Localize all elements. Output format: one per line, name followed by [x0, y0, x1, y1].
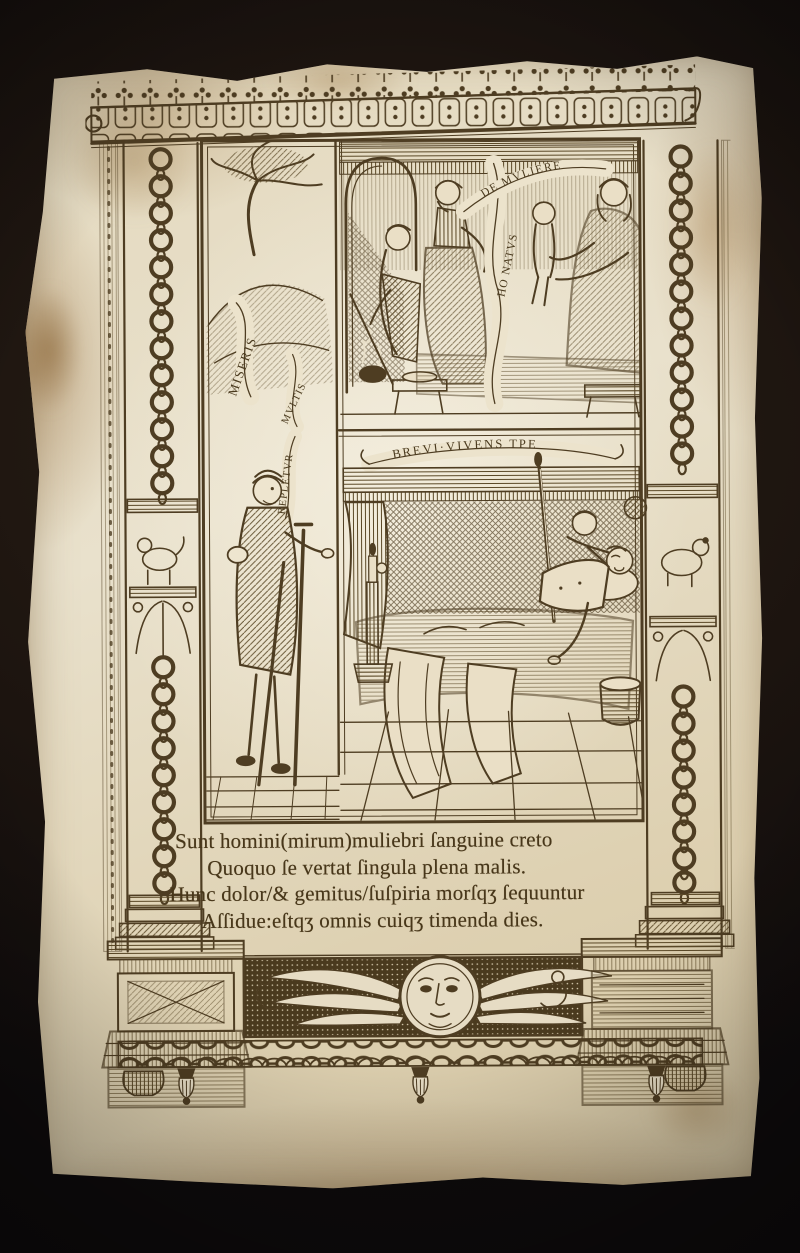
canopy-fringe	[343, 491, 639, 502]
woodcut-engraving: MISERIS MVLTIS REPLETVR	[85, 60, 735, 1113]
latin-verse: Sunt homini(mirum)muliebri ſanguine cret…	[169, 825, 710, 934]
left-chain-guilloche	[151, 149, 175, 904]
beggar-panel: MISERIS MVLTIS REPLETVR	[203, 140, 339, 820]
verse-line: Sunt homini(mirum)muliebri ſanguine cret…	[175, 825, 709, 854]
photo-background: MISERIS MVLTIS REPLETVR	[0, 0, 800, 1253]
verse-line: Hunc dolor/& gemitus/ſuſpiria morſqʒ ſeq…	[169, 878, 709, 907]
paper-stain	[16, 286, 83, 414]
left-capital-monkey	[127, 499, 197, 584]
beggar-figure	[227, 470, 335, 785]
rocky-hill	[206, 283, 333, 395]
verse-line: Aſſidue:eſtqʒ omnis cuiqʒ timenda dies.	[201, 905, 709, 934]
top-cornice	[85, 64, 700, 147]
panel-divider-horizontal	[339, 429, 641, 431]
birth-panel: DE MVLIERE HO NATVS	[339, 141, 640, 419]
manuscript-leaf: MISERIS MVLTIS REPLETVR	[23, 46, 771, 1198]
death-panel: BREVI·VIVENS TPE	[339, 436, 648, 820]
left-capital-acanthus	[130, 587, 196, 655]
right-outer-strip	[721, 140, 735, 948]
banner-brevi-vivens: BREVI·VIVENS TPE	[361, 436, 623, 464]
palm-tree	[211, 140, 322, 255]
svg-text:BREVI·VIVENS TPE: BREVI·VIVENS TPE	[391, 437, 538, 462]
scroll-repletur: REPLETVR	[276, 437, 296, 519]
chamber-pot	[600, 677, 640, 725]
valance-chain	[118, 1038, 702, 1067]
winged-cherub-face	[400, 957, 480, 1037]
banner-brevi-vivens-text: BREVI·VIVENS TPE	[391, 437, 538, 462]
right-chain-guilloche	[671, 146, 695, 903]
verse-line: Quoquo ſe vertat ſingula plena malis.	[207, 852, 709, 881]
right-capital-acanthus	[650, 616, 716, 680]
bottom-frieze	[244, 954, 612, 1038]
panel-divider-vertical	[335, 140, 338, 774]
right-capital-bear	[647, 484, 718, 586]
floor-planks	[207, 776, 339, 820]
bed-canopy	[343, 467, 639, 493]
